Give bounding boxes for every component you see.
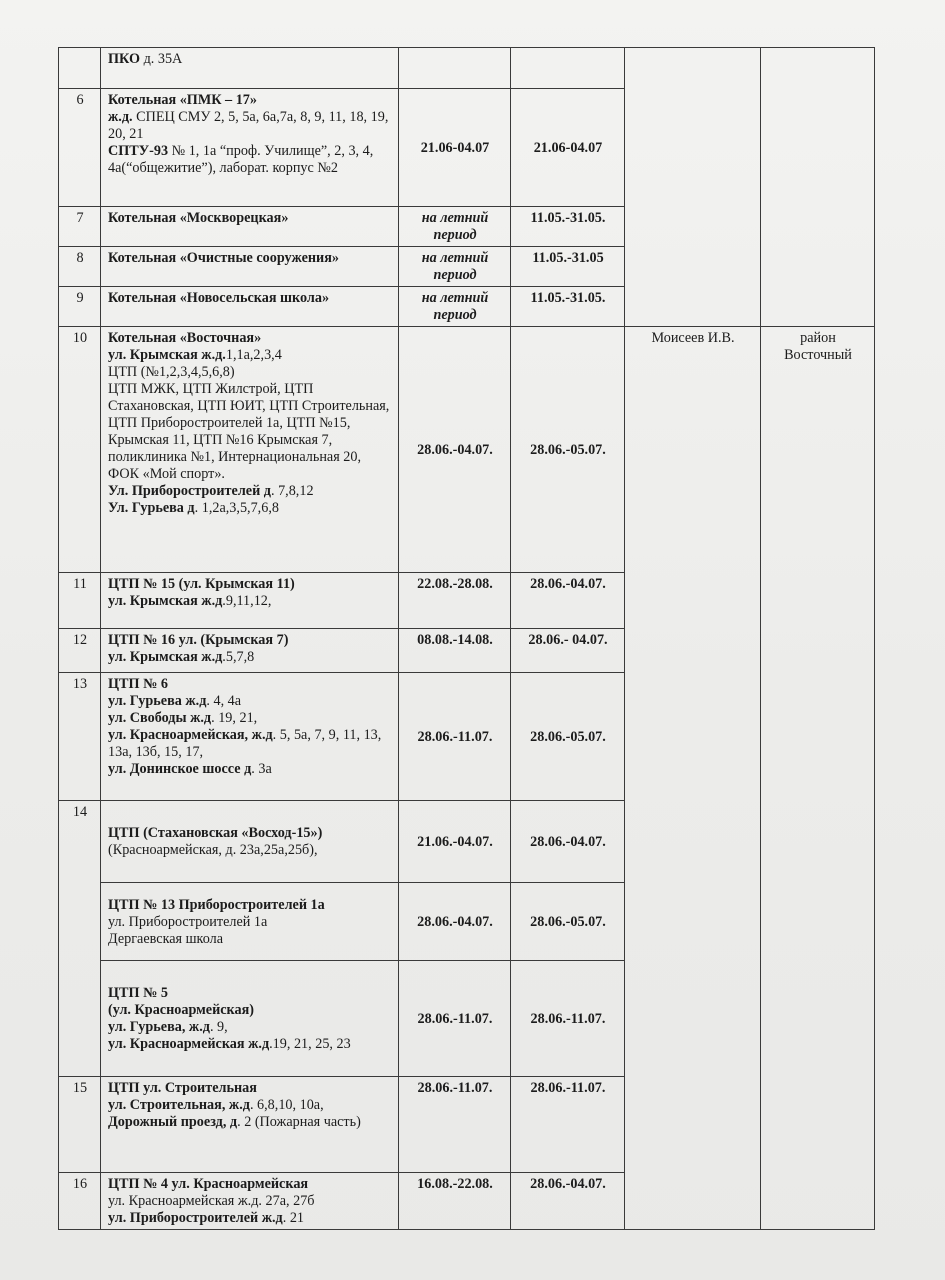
address-text: .5,7,8: [222, 649, 254, 665]
period-cell: 28.06.-05.07.: [511, 673, 625, 801]
address-bold: ул. Красноармейская, ж.д: [108, 727, 273, 743]
address-bold: ул. Свободы ж.д: [108, 710, 211, 726]
period-cell: 28.06.-11.07.: [399, 673, 511, 801]
address-bold: Котельная «Москворецкая»: [108, 210, 288, 226]
address-bold: ул. Строительная, ж.д: [108, 1097, 250, 1113]
address-line: ЦТП МЖК, ЦТП Жилстрой, ЦТП Стахановская,…: [108, 381, 392, 483]
row-number: 7: [59, 207, 101, 247]
address-line: ул. Гурьева ж.д. 4, 4а: [108, 693, 392, 710]
address-line: (ул. Красноармейская): [108, 1002, 392, 1019]
address-line: ЦТП № 6: [108, 676, 392, 693]
address-line: ЦТП ул. Строительная: [108, 1080, 392, 1097]
address-line: Ул. Гурьева д. 1,2а,3,5,7,6,8: [108, 500, 392, 517]
address-line: ул. Донинское шоссе д. 3а: [108, 761, 392, 778]
address-line: ул. Крымская ж.д.1,1а,2,3,4: [108, 347, 392, 364]
address-bold: ул. Приборостроителей ж.д: [108, 1210, 283, 1226]
address-line: СПТУ-93 № 1, 1а “проф. Училище”, 2, 3, 4…: [108, 143, 392, 177]
row-number: 10: [59, 327, 101, 573]
object-name-cell: ЦТП № 13 Приборостроителей 1аул. Приборо…: [101, 883, 399, 961]
period-cell: 21.06.-04.07.: [399, 801, 511, 883]
address-line: ул. Гурьева, ж.д. 9,: [108, 1019, 392, 1036]
address-bold: Котельная «Восточная»: [108, 330, 261, 346]
address-line: ЦТП № 4 ул. Красноармейская: [108, 1176, 392, 1193]
object-name-cell: ЦТП № 16 ул. (Крымская 7)ул. Крымская ж.…: [101, 629, 399, 673]
period-cell: 11.05.-31.05.: [511, 207, 625, 247]
address-bold: ЦТП № 5: [108, 985, 168, 1001]
address-text: СПЕЦ СМУ 2, 5, 5а, 6а,7а, 8, 9, 11, 18, …: [108, 109, 388, 142]
district-cell: район Восточный: [761, 327, 875, 1230]
period-cell: 28.06.-04.07.: [399, 883, 511, 961]
address-line: ул. Красноармейская ж.д. 27а, 27б: [108, 1193, 392, 1210]
address-bold: ЦТП № 6: [108, 676, 168, 692]
address-bold: ЦТП № 4 ул. Красноармейская: [108, 1176, 308, 1192]
object-name-cell: ЦТП № 5(ул. Красноармейская)ул. Гурьева,…: [101, 961, 399, 1077]
period-cell: 28.06.-11.07.: [399, 961, 511, 1077]
address-text: . 2 (Пожарная часть): [237, 1114, 361, 1130]
period-cell: 28.06.-05.07.: [511, 883, 625, 961]
address-bold: ул. Крымская ж.д.: [108, 347, 226, 363]
period-cell: 21.06-04.07: [511, 89, 625, 207]
address-text: . 9,: [210, 1019, 228, 1035]
address-line: Котельная «Новосельская школа»: [108, 290, 392, 307]
period-cell: 21.06-04.07: [399, 89, 511, 207]
address-text: ЦТП (№1,2,3,4,5,6,8): [108, 364, 235, 380]
address-bold: ул. Гурьева ж.д: [108, 693, 206, 709]
period-cell: 28.06.-04.07.: [511, 1173, 625, 1230]
district-cell: [761, 48, 875, 327]
period-cell: 08.08.-14.08.: [399, 629, 511, 673]
address-bold: ЦТП ул. Строительная: [108, 1080, 257, 1096]
address-bold: Дорожный проезд, д: [108, 1114, 237, 1130]
responsible-person-cell: [625, 48, 761, 327]
address-bold: ПКО: [108, 51, 140, 67]
address-bold: ул. Красноармейская ж.д: [108, 1036, 269, 1052]
row-number: 13: [59, 673, 101, 801]
address-line: Котельная «ПМК – 17»: [108, 92, 392, 109]
address-text: . 7,8,12: [271, 483, 314, 499]
object-name-cell: Котельная «Восточная»ул. Крымская ж.д.1,…: [101, 327, 399, 573]
address-line: Дорожный проезд, д. 2 (Пожарная часть): [108, 1114, 392, 1131]
address-bold: Котельная «Новосельская школа»: [108, 290, 329, 306]
table-row: 10Котельная «Восточная»ул. Крымская ж.д.…: [59, 327, 875, 573]
period-cell: на летний период: [399, 287, 511, 327]
address-line: Котельная «Москворецкая»: [108, 210, 392, 227]
object-name-cell: ЦТП (Стахановская «Восход-15»)(Красноарм…: [101, 801, 399, 883]
period-cell: на летний период: [399, 247, 511, 287]
address-bold: ЦТП (Стахановская «Восход-15»): [108, 825, 322, 841]
address-line: ул. Крымская ж.д.5,7,8: [108, 649, 392, 666]
row-number: 12: [59, 629, 101, 673]
address-line: ул. Приборостроителей ж.д. 21: [108, 1210, 392, 1227]
row-number: 6: [59, 89, 101, 207]
row-number: [59, 48, 101, 89]
address-line: Котельная «Очистные сооружения»: [108, 250, 392, 267]
period-cell: 28.06.-11.07.: [399, 1077, 511, 1173]
address-text: ул. Красноармейская ж.д. 27а, 27б: [108, 1193, 315, 1209]
period-cell: 11.05.-31.05.: [511, 287, 625, 327]
period-cell: 28.06.-04.07.: [399, 327, 511, 573]
address-bold: ул. Донинское шоссе д: [108, 761, 251, 777]
object-name-cell: Котельная «Очистные сооружения»: [101, 247, 399, 287]
address-line: ул. Красноармейская, ж.д. 5, 5а, 7, 9, 1…: [108, 727, 392, 761]
address-line: ЦТП № 13 Приборостроителей 1а: [108, 897, 392, 914]
address-line: ЦТП № 5: [108, 985, 392, 1002]
address-line: Котельная «Восточная»: [108, 330, 392, 347]
address-text: . 19, 21,: [211, 710, 257, 726]
period-cell: 11.05.-31.05: [511, 247, 625, 287]
row-number: 9: [59, 287, 101, 327]
period-cell: 28.06.-04.07.: [511, 801, 625, 883]
period-cell: 28.06.-11.07.: [511, 1077, 625, 1173]
address-text: . 1,2а,3,5,7,6,8: [195, 500, 279, 516]
object-name-cell: Котельная «ПМК – 17»ж.д. СПЕЦ СМУ 2, 5, …: [101, 89, 399, 207]
address-text: ЦТП МЖК, ЦТП Жилстрой, ЦТП Стахановская,…: [108, 381, 389, 482]
row-number: 8: [59, 247, 101, 287]
address-line: ЦТП № 15 (ул. Крымская 11): [108, 576, 392, 593]
address-line: ул. Строительная, ж.д. 6,8,10, 10а,: [108, 1097, 392, 1114]
address-text: д. 35А: [140, 51, 182, 67]
address-text: .19, 21, 25, 23: [269, 1036, 351, 1052]
address-line: ЦТП (Стахановская «Восход-15»): [108, 825, 392, 842]
period-cell: 28.06.-05.07.: [511, 327, 625, 573]
address-line: (Красноармейская, д. 23а,25а,25б),: [108, 842, 392, 859]
period-cell: [399, 48, 511, 89]
address-text: Дергаевская школа: [108, 931, 223, 947]
row-number: 11: [59, 573, 101, 629]
document-page: ПКО д. 35А6Котельная «ПМК – 17»ж.д. СПЕЦ…: [0, 0, 945, 1280]
object-name-cell: ЦТП № 6 ул. Гурьева ж.д. 4, 4аул. Свобод…: [101, 673, 399, 801]
address-text: . 6,8,10, 10а,: [250, 1097, 324, 1113]
address-text: . 3а: [251, 761, 272, 777]
object-name-cell: ЦТП ул. Строительнаяул. Строительная, ж.…: [101, 1077, 399, 1173]
address-text: ул. Приборостроителей 1а: [108, 914, 267, 930]
period-cell: 28.06.-04.07.: [511, 573, 625, 629]
period-cell: 16.08.-22.08.: [399, 1173, 511, 1230]
period-cell: на летний период: [399, 207, 511, 247]
address-line: Дергаевская школа: [108, 931, 392, 948]
address-line: ул. Свободы ж.д. 19, 21,: [108, 710, 392, 727]
object-name-cell: ПКО д. 35А: [101, 48, 399, 89]
row-number: 16: [59, 1173, 101, 1230]
address-bold: ул. Гурьева, ж.д: [108, 1019, 210, 1035]
address-bold: СПТУ-93: [108, 143, 168, 159]
period-cell: 28.06.-11.07.: [511, 961, 625, 1077]
address-bold: Ул. Гурьева д: [108, 500, 195, 516]
address-bold: ул. Крымская ж.д: [108, 649, 222, 665]
address-text: . 21: [283, 1210, 304, 1226]
period-cell: 28.06.- 04.07.: [511, 629, 625, 673]
address-bold: ЦТП № 16 ул. (Крымская 7): [108, 632, 288, 648]
object-name-cell: ЦТП № 4 ул. Красноармейскаяул. Красноарм…: [101, 1173, 399, 1230]
row-number: 15: [59, 1077, 101, 1173]
address-line: ЦТП № 16 ул. (Крымская 7): [108, 632, 392, 649]
address-line: ж.д. СПЕЦ СМУ 2, 5, 5а, 6а,7а, 8, 9, 11,…: [108, 109, 392, 143]
address-line: ул. Крымская ж.д.9,11,12,: [108, 593, 392, 610]
address-line: ул. Приборостроителей 1а: [108, 914, 392, 931]
address-line: Ул. Приборостроителей д. 7,8,12: [108, 483, 392, 500]
object-name-cell: ЦТП № 15 (ул. Крымская 11)ул. Крымская ж…: [101, 573, 399, 629]
address-bold: Котельная «ПМК – 17»: [108, 92, 257, 108]
period-cell: 22.08.-28.08.: [399, 573, 511, 629]
row-number: 14: [59, 801, 101, 1077]
object-name-cell: Котельная «Москворецкая»: [101, 207, 399, 247]
period-cell: [511, 48, 625, 89]
address-bold: Ул. Приборостроителей д: [108, 483, 271, 499]
address-bold: Котельная «Очистные сооружения»: [108, 250, 339, 266]
address-text: .9,11,12,: [222, 593, 271, 609]
address-line: ул. Красноармейская ж.д.19, 21, 25, 23: [108, 1036, 392, 1053]
address-text: 1,1а,2,3,4: [226, 347, 282, 363]
schedule-table: ПКО д. 35А6Котельная «ПМК – 17»ж.д. СПЕЦ…: [58, 47, 875, 1230]
address-text: (Красноармейская, д. 23а,25а,25б),: [108, 842, 318, 858]
address-text: . 4, 4а: [206, 693, 241, 709]
address-line: ЦТП (№1,2,3,4,5,6,8): [108, 364, 392, 381]
responsible-person-cell: Моисеев И.В.: [625, 327, 761, 1230]
address-bold: ЦТП № 15 (ул. Крымская 11): [108, 576, 295, 592]
object-name-cell: Котельная «Новосельская школа»: [101, 287, 399, 327]
address-line: ПКО д. 35А: [108, 51, 392, 68]
address-bold: ж.д.: [108, 109, 133, 125]
address-bold: ул. Крымская ж.д: [108, 593, 222, 609]
address-bold: ЦТП № 13 Приборостроителей 1а: [108, 897, 325, 913]
address-bold: (ул. Красноармейская): [108, 1002, 254, 1018]
table-row: ПКО д. 35А: [59, 48, 875, 89]
